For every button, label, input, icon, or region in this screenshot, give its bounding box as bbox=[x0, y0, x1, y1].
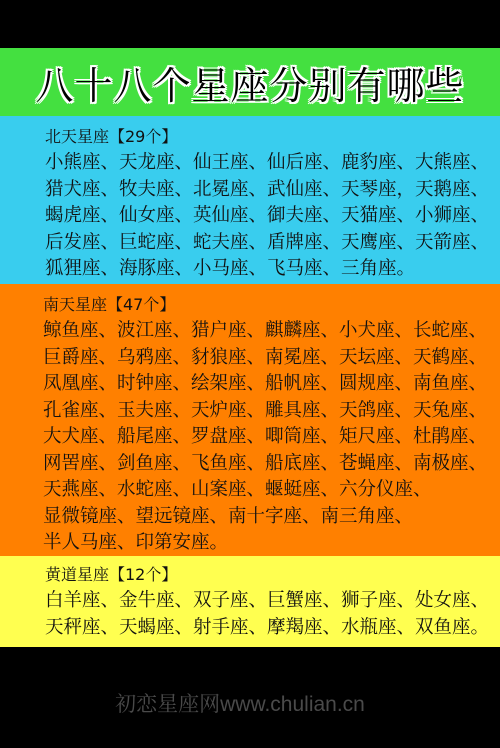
list-line: 巨爵座、乌鸦座、豺狼座、南冕座、天坛座、天鹤座、 bbox=[43, 345, 490, 372]
south-constellations-section: 南天星座【47个】 鲸鱼座、波江座、猎户座、麒麟座、小犬座、长蛇座、 巨爵座、乌… bbox=[0, 284, 500, 556]
north-constellations-section: 北天星座【29个】 小熊座、天龙座、仙王座、仙后座、鹿豹座、大熊座、 猎犬座、牧… bbox=[0, 116, 500, 284]
list-line: 狐狸座、海豚座、小马座、飞马座、三角座。 bbox=[45, 256, 490, 283]
top-black-bar bbox=[0, 0, 500, 48]
list-line: 凤凰座、时钟座、绘架座、船帆座、圆规座、南鱼座、 bbox=[43, 371, 490, 398]
list-line: 孔雀座、玉夫座、天炉座、雕具座、天鸽座、天兔座、 bbox=[43, 398, 490, 425]
footer-bar: 初恋星座网www.chulian.cn bbox=[0, 647, 500, 748]
section-heading: 黄道星座【12个】 bbox=[45, 564, 490, 588]
page-title: 八十八个星座分别有哪些 bbox=[35, 55, 464, 110]
list-line: 鲸鱼座、波江座、猎户座、麒麟座、小犬座、长蛇座、 bbox=[43, 318, 490, 345]
section-heading: 北天星座【29个】 bbox=[45, 126, 490, 150]
list-line: 天秤座、天蝎座、射手座、摩羯座、水瓶座、双鱼座。 bbox=[45, 615, 490, 642]
list-line: 小熊座、天龙座、仙王座、仙后座、鹿豹座、大熊座、 bbox=[45, 150, 490, 177]
title-band: 八十八个星座分别有哪些 bbox=[0, 48, 500, 116]
zodiac-constellations-section: 黄道星座【12个】 白羊座、金牛座、双子座、巨蟹座、狮子座、处女座、 天秤座、天… bbox=[0, 556, 500, 647]
list-line: 半人马座、印第安座。 bbox=[43, 530, 490, 557]
watermark-text: 初恋星座网www.chulian.cn bbox=[115, 688, 365, 718]
list-line: 猎犬座、牧夫座、北冕座、武仙座、天琴座，天鹅座、 bbox=[45, 177, 490, 204]
list-line: 白羊座、金牛座、双子座、巨蟹座、狮子座、处女座、 bbox=[45, 588, 490, 615]
list-line: 网罟座、剑鱼座、飞鱼座、船底座、苍蝇座、南极座、 bbox=[43, 451, 490, 478]
list-line: 显微镜座、望远镜座、南十字座、南三角座、 bbox=[43, 504, 490, 531]
list-line: 天燕座、水蛇座、山案座、蝘蜓座、六分仪座、 bbox=[43, 477, 490, 504]
list-line: 大犬座、船尾座、罗盘座、唧筒座、矩尺座、杜鹃座、 bbox=[43, 424, 490, 451]
infographic: 八十八个星座分别有哪些 北天星座【29个】 小熊座、天龙座、仙王座、仙后座、鹿豹… bbox=[0, 0, 500, 748]
section-heading: 南天星座【47个】 bbox=[43, 294, 490, 318]
list-line: 蝎虎座、仙女座、英仙座、御夫座、天猫座、小狮座、 bbox=[45, 203, 490, 230]
list-line: 后发座、巨蛇座、蛇夫座、盾牌座、天鹰座、天箭座、 bbox=[45, 230, 490, 257]
